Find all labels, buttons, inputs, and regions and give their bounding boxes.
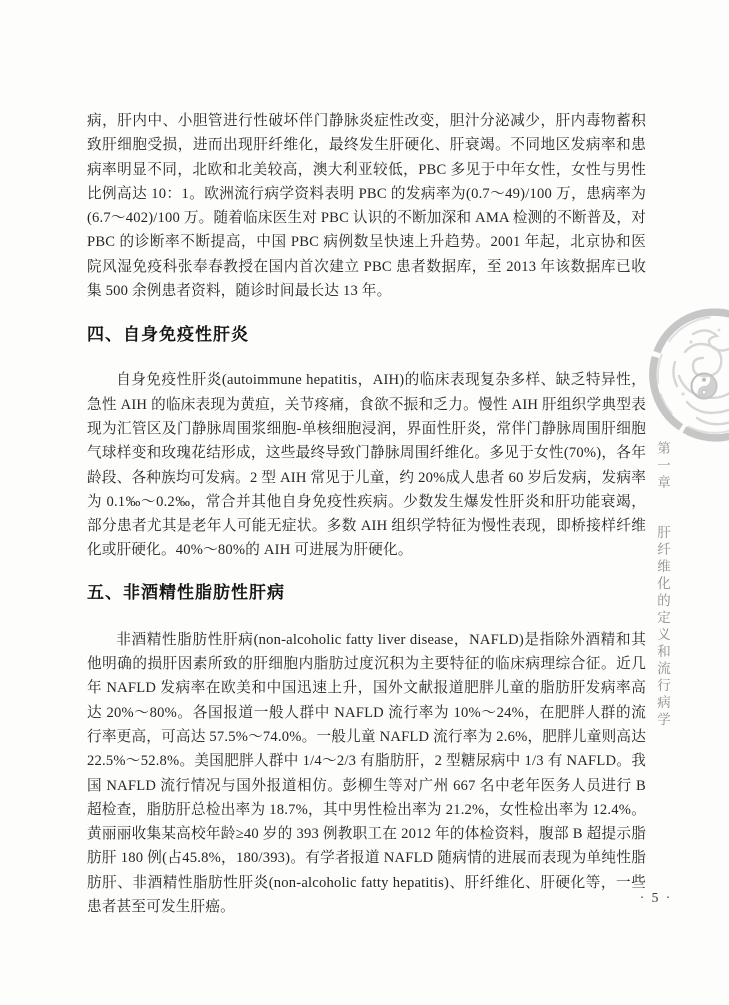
main-text-column: 病，肝内中、小胆管进行性破坏伴门静脉炎症性改变，胆汁分泌减少，肝内毒物蓄积致肝细… (87, 109, 646, 919)
section-heading-4: 四、自身免疫性肝炎 (87, 322, 646, 347)
continuation-paragraph: 病，肝内中、小胆管进行性破坏伴门静脉炎症性改变，胆汁分泌减少，肝内毒物蓄积致肝细… (87, 109, 646, 303)
yin-yang-icon (692, 374, 717, 399)
chapter-number: 第一章 (655, 441, 670, 492)
section-5-paragraph: 非酒精性脂肪性肝病(non-alcoholic fatty liver dise… (87, 628, 646, 920)
page-number: · 5 · (634, 890, 678, 906)
dragon-seal-watermark (649, 306, 729, 451)
book-page: 病，肝内中、小胆管进行性破坏伴门静脉炎症性改变，胆汁分泌减少，肝内毒物蓄积致肝细… (0, 0, 729, 1005)
chapter-title: 肝纤维化的定义和流行病学 (655, 525, 670, 729)
section-heading-5: 五、非酒精性脂肪性肝病 (87, 580, 646, 605)
chapter-sidebar: 第一章 肝纤维化的定义和流行病学 (653, 441, 671, 729)
section-4-paragraph: 自身免疫性肝炎(autoimmune hepatitis，AIH)的临床表现复杂… (87, 368, 646, 562)
